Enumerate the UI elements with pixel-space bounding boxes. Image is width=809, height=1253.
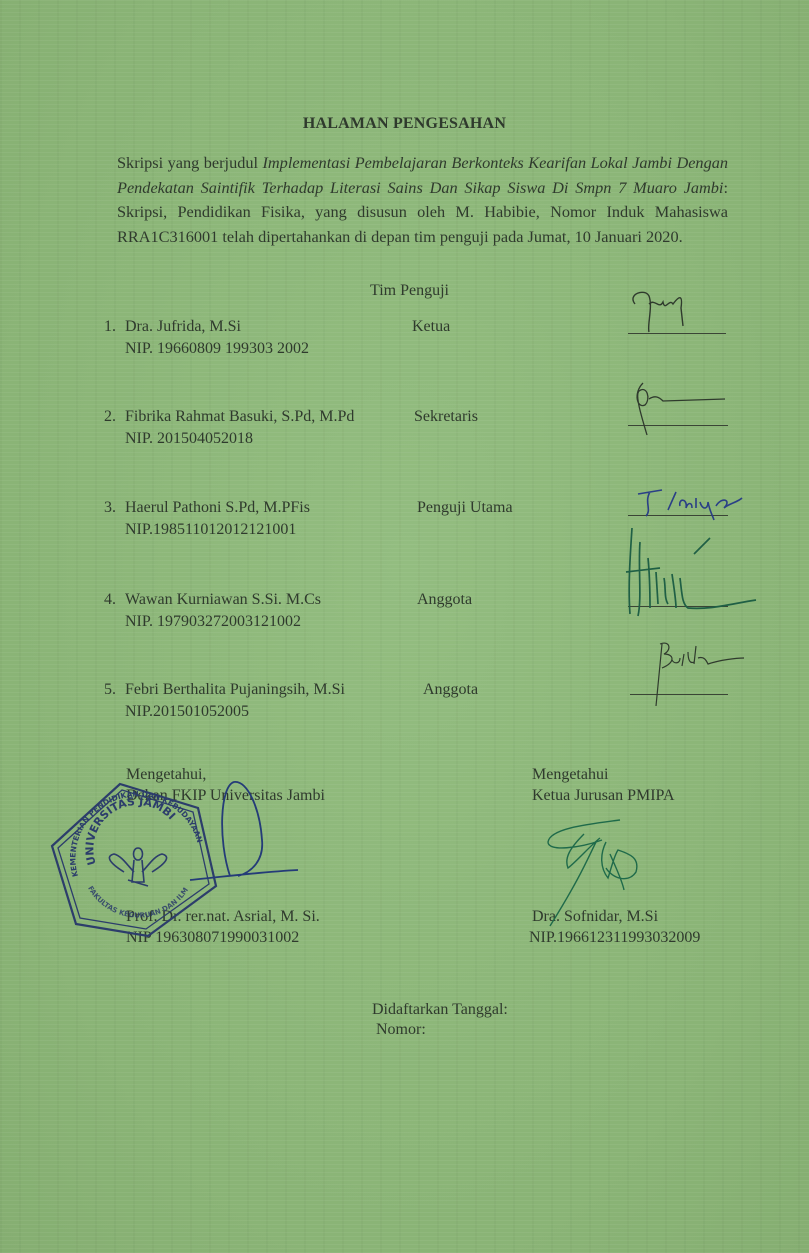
- member-number: 3.: [104, 497, 116, 518]
- member-number: 2.: [104, 406, 116, 427]
- approval-paragraph: Skripsi yang berjudul Implementasi Pembe…: [117, 151, 728, 249]
- member-name: Fibrika Rahmat Basuki, S.Pd, M.Pd: [125, 406, 354, 427]
- paragraph-prefix: Skripsi yang berjudul: [117, 153, 263, 172]
- signature-3-icon: [630, 484, 760, 529]
- signature-5-icon: [650, 638, 760, 713]
- signature-1-icon: [625, 286, 725, 341]
- signature-2-icon: [625, 375, 735, 440]
- registration-number-label: Nomor:: [376, 1021, 426, 1039]
- signature-4-icon: [620, 528, 760, 623]
- member-role: Ketua: [412, 316, 450, 337]
- member-number: 5.: [104, 679, 116, 700]
- member-nip: NIP.201501052005: [125, 701, 249, 722]
- member-role: Anggota: [423, 679, 478, 700]
- member-name: Haerul Pathoni S.Pd, M.PFis: [125, 497, 310, 518]
- member-nip: NIP. 201504052018: [125, 428, 253, 449]
- member-role: Anggota: [417, 589, 472, 610]
- committee-heading: Tim Penguji: [370, 282, 449, 300]
- member-name: Febri Berthalita Pujaningsih, M.Si: [125, 679, 345, 700]
- registration-date-label: Didaftarkan Tanggal:: [372, 1001, 508, 1019]
- member-name: Dra. Jufrida, M.Si: [125, 316, 241, 337]
- dean-signature-icon: [190, 780, 300, 905]
- member-role: Sekretaris: [414, 406, 478, 427]
- right-approval-position: Ketua Jurusan PMIPA: [532, 787, 675, 805]
- member-nip: NIP. 19660809 199303 2002: [125, 338, 309, 359]
- page-title: HALAMAN PENGESAHAN: [0, 115, 809, 133]
- member-number: 1.: [104, 316, 116, 337]
- member-name: Wawan Kurniawan S.Si. M.Cs: [125, 589, 321, 610]
- right-approval-label: Mengetahui: [532, 766, 608, 784]
- member-nip: NIP.198511012012121001: [125, 519, 296, 540]
- member-role: Penguji Utama: [417, 497, 513, 518]
- member-number: 4.: [104, 589, 116, 610]
- head-of-department-signature-icon: [540, 818, 670, 933]
- member-nip: NIP. 197903272003121002: [125, 611, 301, 632]
